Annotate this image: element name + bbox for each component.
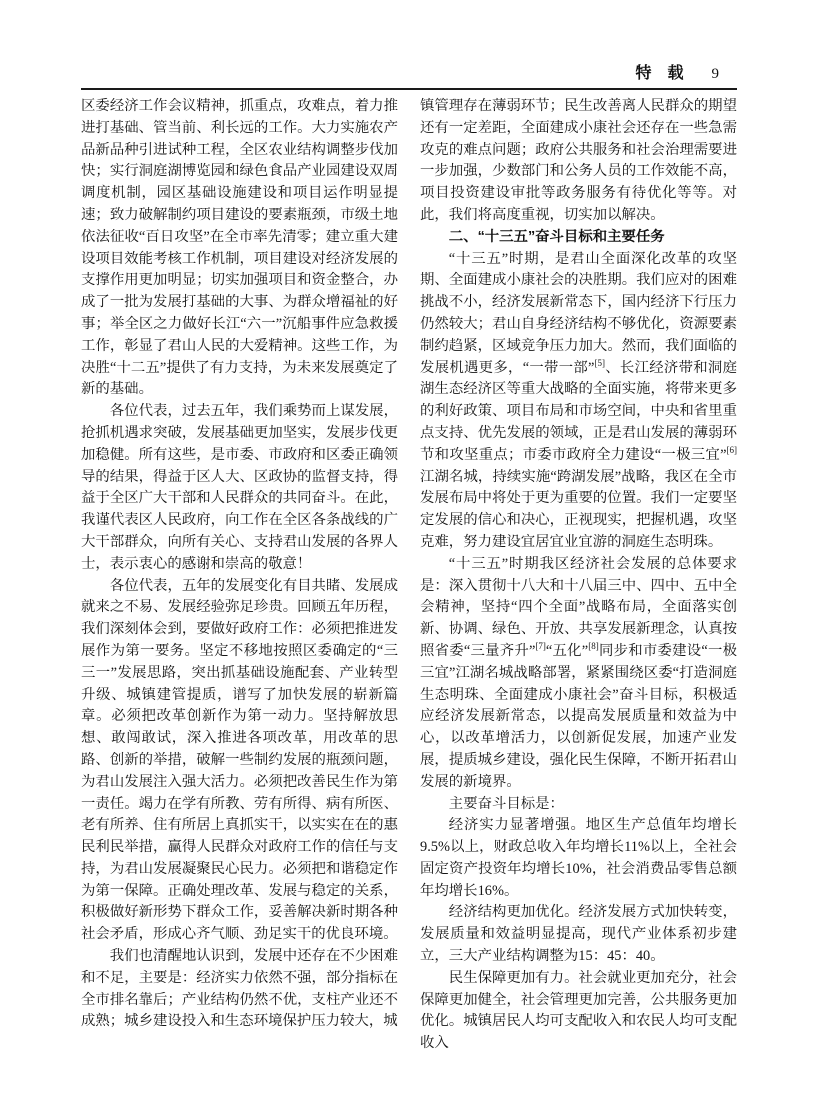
text-column-left: 区委经济工作会议精神，抓重点，攻难点，着力推进打基础、管当前、利长远的工作。大力… (81, 96, 398, 1055)
header-rule (81, 88, 737, 90)
footnote-ref-5: [5] (594, 358, 605, 368)
document-body: 区委经济工作会议精神，抓重点，攻难点，着力推进打基础、管当前、利长远的工作。大力… (81, 96, 737, 1055)
page-number: 9 (712, 66, 720, 83)
paragraph: 经济实力显著增强。地区生产总值年均增长9.5%以上，财政总收入年均增长11%以上… (420, 815, 737, 902)
paragraph: 主要奋斗目标是： (420, 794, 737, 816)
paragraph: 我们也清醒地认识到，发展中还存在不少困难和不足，主要是：经济实力依然不强，部分指… (81, 946, 398, 1033)
running-head: 特 载 9 (81, 60, 737, 88)
paragraph-text: “十三五”时期，是君山全面深化改革的攻坚期、全面建成小康社会的决胜期。我们应对的… (420, 251, 737, 376)
page-header: 特 载 9 (81, 60, 737, 90)
paragraph: “十三五”时期我区经济社会发展的总体要求是：深入贯彻十八大和十八届三中、四中、五… (420, 554, 737, 794)
paragraph: 镇管理存在薄弱环节；民生改善离人民群众的期望还有一定差距，全面建成小康社会还存在… (420, 96, 737, 227)
footnote-ref-6: [6] (727, 445, 738, 455)
section-title: 特 载 (635, 60, 683, 83)
paragraph: 各位代表，五年的发展变化有目共睹、发展成就来之不易、发展经验弥足珍贵。回顾五年历… (81, 576, 398, 947)
paragraph: 各位代表，过去五年，我们乘势而上谋发展，抢抓机遇求突破，发展基础更加坚实，发展步… (81, 401, 398, 575)
paragraph: 经济结构更加优化。经济发展方式加快转变，发展质量和效益明显提高，现代产业体系初步… (420, 902, 737, 967)
section-heading: 二、“十三五”奋斗目标和主要任务 (420, 227, 737, 249)
text-column-right: 镇管理存在薄弱环节；民生改善离人民群众的期望还有一定差距，全面建成小康社会还存在… (420, 96, 737, 1055)
paragraph: “十三五”时期，是君山全面深化改革的攻坚期、全面建成小康社会的决胜期。我们应对的… (420, 249, 737, 554)
footnote-ref-7: [7] (535, 641, 546, 651)
paragraph: 区委经济工作会议精神，抓重点，攻难点，着力推进打基础、管当前、利长远的工作。大力… (81, 96, 398, 401)
paragraph-text: 同步和市委建设“一极三宜”江湖名城战略部署，紧紧围绕区委“打造洞庭生态明珠、全面… (420, 643, 737, 790)
document-page: 特 载 9 区委经济工作会议精神，抓重点，攻难点，着力推进打基础、管当前、利长远… (0, 0, 816, 1099)
paragraph-text: 江湖名城，持续实施“跨湖发展”战略，我区在全市发展布局中将处于更为重要的位置。我… (420, 469, 737, 550)
footnote-ref-8: [8] (588, 641, 599, 651)
paragraph: 民生保障更加有力。社会就业更加充分，社会保障更加健全，社会管理更加完善，公共服务… (420, 968, 737, 1055)
paragraph-text: “五化” (546, 643, 588, 659)
